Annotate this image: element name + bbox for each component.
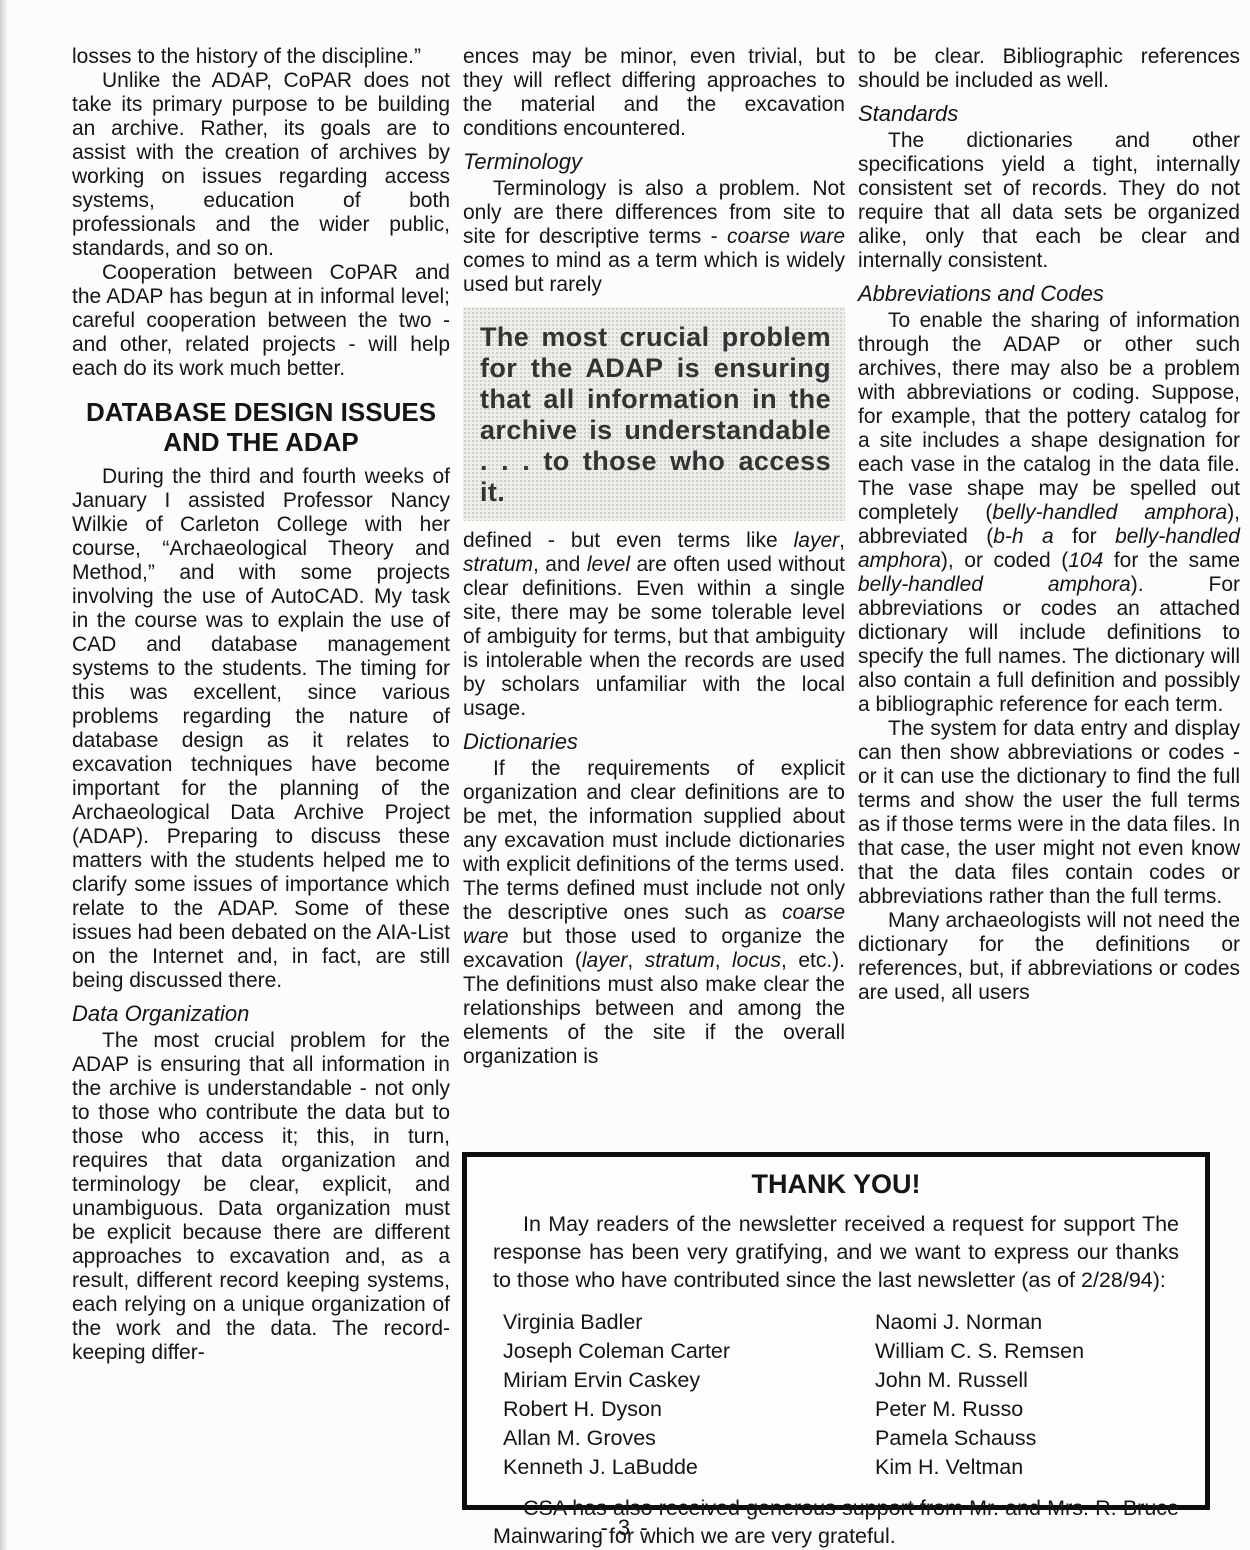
paragraph: Unlike the ADAP, CoPAR does not take its… bbox=[72, 69, 450, 261]
donor-name: Robert H. Dyson bbox=[503, 1395, 875, 1424]
paragraph: The most crucial problem for the ADAP is… bbox=[72, 1029, 450, 1365]
paragraph-continuation: defined - but even terms like layer, str… bbox=[463, 529, 845, 721]
paragraph-continuation: losses to the history of the discipline.… bbox=[72, 45, 450, 69]
donor-name: Pamela Schauss bbox=[875, 1424, 1179, 1453]
donor-column-left: Virginia Badler Joseph Coleman Carter Mi… bbox=[503, 1308, 875, 1482]
donor-list: Virginia Badler Joseph Coleman Carter Mi… bbox=[503, 1308, 1179, 1482]
subheading-dictionaries: Dictionaries bbox=[463, 729, 845, 755]
paragraph: Terminology is also a problem. Not only … bbox=[463, 177, 845, 297]
donor-name: Naomi J. Norman bbox=[875, 1308, 1179, 1337]
paragraph: If the requirements of explicit organiza… bbox=[463, 757, 845, 1069]
paragraph: To enable the sharing of information thr… bbox=[858, 309, 1240, 717]
donor-name: Miriam Ervin Caskey bbox=[503, 1366, 875, 1395]
donor-name: Allan M. Groves bbox=[503, 1424, 875, 1453]
subheading-abbreviations-codes: Abbreviations and Codes bbox=[858, 281, 1240, 307]
paragraph: During the third and fourth weeks of Jan… bbox=[72, 465, 450, 993]
subheading-data-organization: Data Organization bbox=[72, 1001, 450, 1027]
paragraph: Many archaeologists will not need the di… bbox=[858, 909, 1240, 1005]
donor-name: Kenneth J. LaBudde bbox=[503, 1453, 875, 1482]
donor-column-right: Naomi J. Norman William C. S. Remsen Joh… bbox=[875, 1308, 1179, 1482]
paragraph-continuation: to be clear. Bibliographic references sh… bbox=[858, 45, 1240, 93]
page-number: - 3 - bbox=[0, 1515, 1250, 1541]
pull-quote: The most crucial problem for the ADAP is… bbox=[463, 307, 845, 521]
subheading-terminology: Terminology bbox=[463, 149, 845, 175]
donor-name: Peter M. Russo bbox=[875, 1395, 1179, 1424]
paragraph: The system for data entry and display ca… bbox=[858, 717, 1240, 909]
donor-name: Joseph Coleman Carter bbox=[503, 1337, 875, 1366]
section-heading: DATABASE DESIGN ISSUES AND THE ADAP bbox=[72, 397, 450, 457]
paragraph-continuation: ences may be minor, even trivial, but th… bbox=[463, 45, 845, 141]
thank-you-title: THANK YOU! bbox=[493, 1169, 1179, 1200]
paragraph: Cooperation between CoPAR and the ADAP h… bbox=[72, 261, 450, 381]
subheading-standards: Standards bbox=[858, 101, 1240, 127]
donor-name: Virginia Badler bbox=[503, 1308, 875, 1337]
donor-name: John M. Russell bbox=[875, 1366, 1179, 1395]
donor-name: Kim H. Veltman bbox=[875, 1453, 1179, 1482]
newsletter-page: losses to the history of the discipline.… bbox=[0, 0, 1250, 1550]
column-left: losses to the history of the discipline.… bbox=[72, 45, 450, 1365]
paragraph: The dictionaries and other specification… bbox=[858, 129, 1240, 273]
donor-name: William C. S. Remsen bbox=[875, 1337, 1179, 1366]
thank-you-box: THANK YOU! In May readers of the newslet… bbox=[462, 1152, 1210, 1510]
thank-you-intro: In May readers of the newsletter receive… bbox=[493, 1210, 1179, 1294]
